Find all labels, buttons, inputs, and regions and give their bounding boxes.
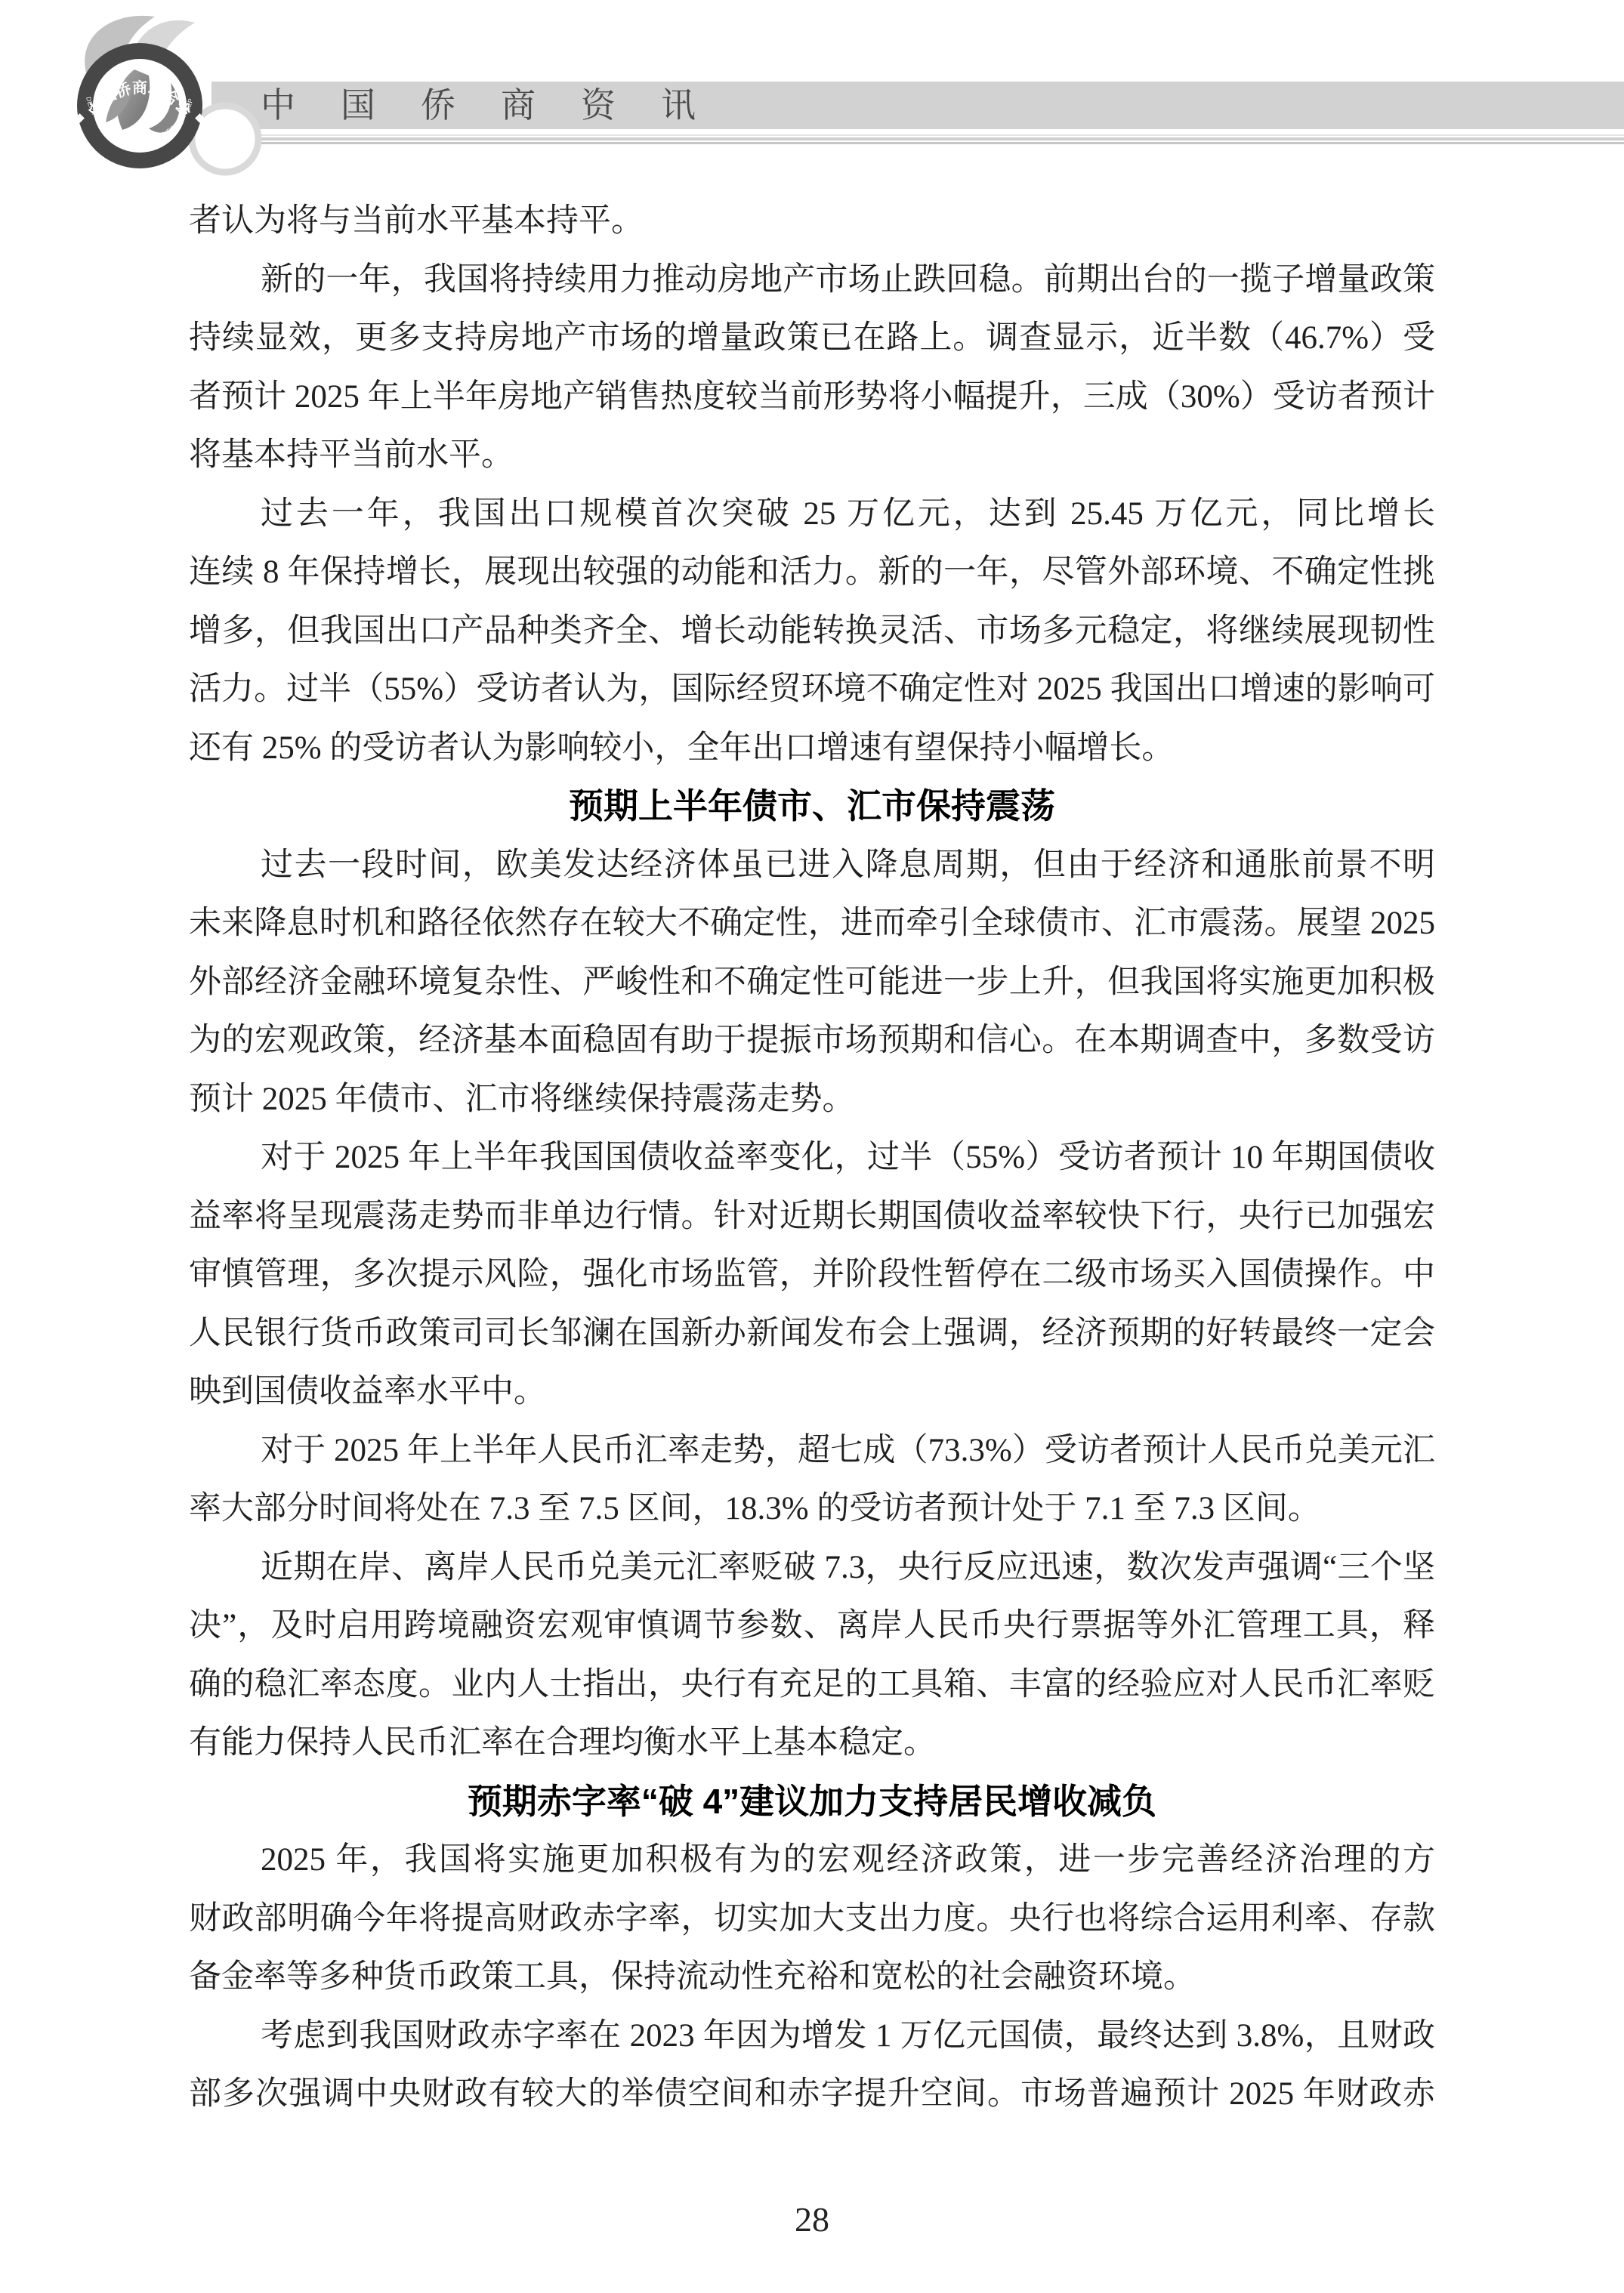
body-line: 2025 年，我国将实施更加积极有为的宏观经济政策，进一步完善经济治理的方式。 bbox=[189, 1831, 1435, 1890]
body-content: 者认为将与当前水平基本持平。新的一年，我国将持续用力推动房地产市场止跌回稳。前期… bbox=[189, 192, 1435, 2124]
body-line: 连续 8 年保持增长，展现出较强的动能和活力。新的一年，尽管外部环境、不确定性挑… bbox=[189, 543, 1435, 602]
body-line: 过去一年，我国出口规模首次突破 25 万亿元，达到 25.45 万亿元，同比增长… bbox=[189, 485, 1435, 544]
body-line: 率大部分时间将处在 7.3 至 7.5 区间，18.3% 的受访者预计处于 7.… bbox=[189, 1480, 1435, 1538]
section-heading: 预期赤字率“破 4”建议加力支持居民增收减负 bbox=[189, 1773, 1435, 1832]
document-page: 中国侨商资讯 中国侨商联合会 CHI bbox=[0, 0, 1624, 2293]
body-line: 为的宏观政策，经济基本面稳固有助于提振市场预期和信心。在本期调查中，多数受访者 bbox=[189, 1011, 1435, 1070]
body-line: 备金率等多种货币政策工具，保持流动性充裕和宽松的社会融资环境。 bbox=[189, 1948, 1435, 2007]
body-line: 新的一年，我国将持续用力推动房地产市场止跌回稳。前期出台的一揽子增量政策正 bbox=[189, 251, 1435, 310]
body-line: 益率将呈现震荡走势而非单边行情。针对近期长期国债收益率较快下行，央行已加强宏观 bbox=[189, 1187, 1435, 1246]
body-line: 活力。过半（55%）受访者认为，国际经贸环境不确定性对 2025 我国出口增速的… bbox=[189, 660, 1435, 719]
body-line: 过去一段时间，欧美发达经济体虽已进入降息周期，但由于经济和通胀前景不明朗， bbox=[189, 836, 1435, 895]
body-line: 审慎管理，多次提示风险，强化市场监管，并阶段性暂停在二级市场买入国债操作。中国 bbox=[189, 1245, 1435, 1304]
body-line: 未来降息时机和路径依然存在较大不确定性，进而牵引全球债市、汇市震荡。展望 202… bbox=[189, 894, 1435, 953]
body-line: 财政部明确今年将提高财政赤字率，切实加大支出力度。央行也将综合运用利率、存款准 bbox=[189, 1890, 1435, 1949]
header-separator-line bbox=[227, 137, 1624, 140]
body-line: 人民银行货币政策司司长邹澜在国新办新闻发布会上强调，经济预期的好转最终一定会反 bbox=[189, 1304, 1435, 1363]
federation-logo: 中国侨商联合会 CHINA FEDERATION OF OVERSEAS CHI… bbox=[0, 0, 317, 204]
section-heading: 预期上半年债市、汇市保持震荡 bbox=[189, 777, 1435, 836]
body-line: 映到国债收益率水平中。 bbox=[189, 1363, 1435, 1421]
body-line: 考虑到我国财政赤字率在 2023 年因为增发 1 万亿元国债，最终达到 3.8%… bbox=[189, 2007, 1435, 2066]
publication-title: 中国侨商资讯 bbox=[261, 88, 741, 122]
body-line: 者预计 2025 年上半年房地产销售热度较当前形势将小幅提升，三成（30%）受访… bbox=[189, 368, 1435, 427]
body-line: 有能力保持人民币汇率在合理均衡水平上基本稳定。 bbox=[189, 1714, 1435, 1773]
body-line: 将基本持平当前水平。 bbox=[189, 426, 1435, 485]
body-line: 还有 25% 的受访者认为影响较小，全年出口增速有望保持小幅增长。 bbox=[189, 719, 1435, 778]
header-separator-line bbox=[227, 142, 1624, 144]
body-line: 持续显效，更多支持房地产市场的增量政策已在路上。调查显示，近半数（46.7%）受… bbox=[189, 309, 1435, 368]
body-line: 增多，但我国出口产品种类齐全、增长动能转换灵活、市场多元稳定，将继续展现韧性和 bbox=[189, 602, 1435, 661]
header-separator-line bbox=[227, 134, 1624, 136]
body-line: 外部经济金融环境复杂性、严峻性和不确定性可能进一步上升，但我国将实施更加积极有 bbox=[189, 953, 1435, 1012]
body-line: 近期在岸、离岸人民币兑美元汇率贬破 7.3，央行反应迅速，数次发声强调“三个坚 bbox=[189, 1538, 1435, 1597]
page-number: 28 bbox=[0, 2199, 1624, 2239]
body-line: 对于 2025 年上半年人民币汇率走势，超七成（73.3%）受访者预计人民币兑美… bbox=[189, 1421, 1435, 1480]
body-line: 者认为将与当前水平基本持平。 bbox=[189, 192, 1435, 251]
body-line: 确的稳汇率态度。业内人士指出，央行有充足的工具箱、丰富的经验应对人民币汇率贬值， bbox=[189, 1656, 1435, 1714]
body-line: 对于 2025 年上半年我国国债收益率变化，过半（55%）受访者预计 10 年期… bbox=[189, 1128, 1435, 1187]
body-line: 决”，及时启用跨境融资宏观审慎调节参数、离岸人民币央行票据等外汇管理工具，释放明 bbox=[189, 1597, 1435, 1656]
body-line: 部多次强调中央财政有较大的举债空间和赤字提升空间。市场普遍预计 2025 年财政… bbox=[189, 2065, 1435, 2124]
body-line: 预计 2025 年债市、汇市将继续保持震荡走势。 bbox=[189, 1070, 1435, 1129]
